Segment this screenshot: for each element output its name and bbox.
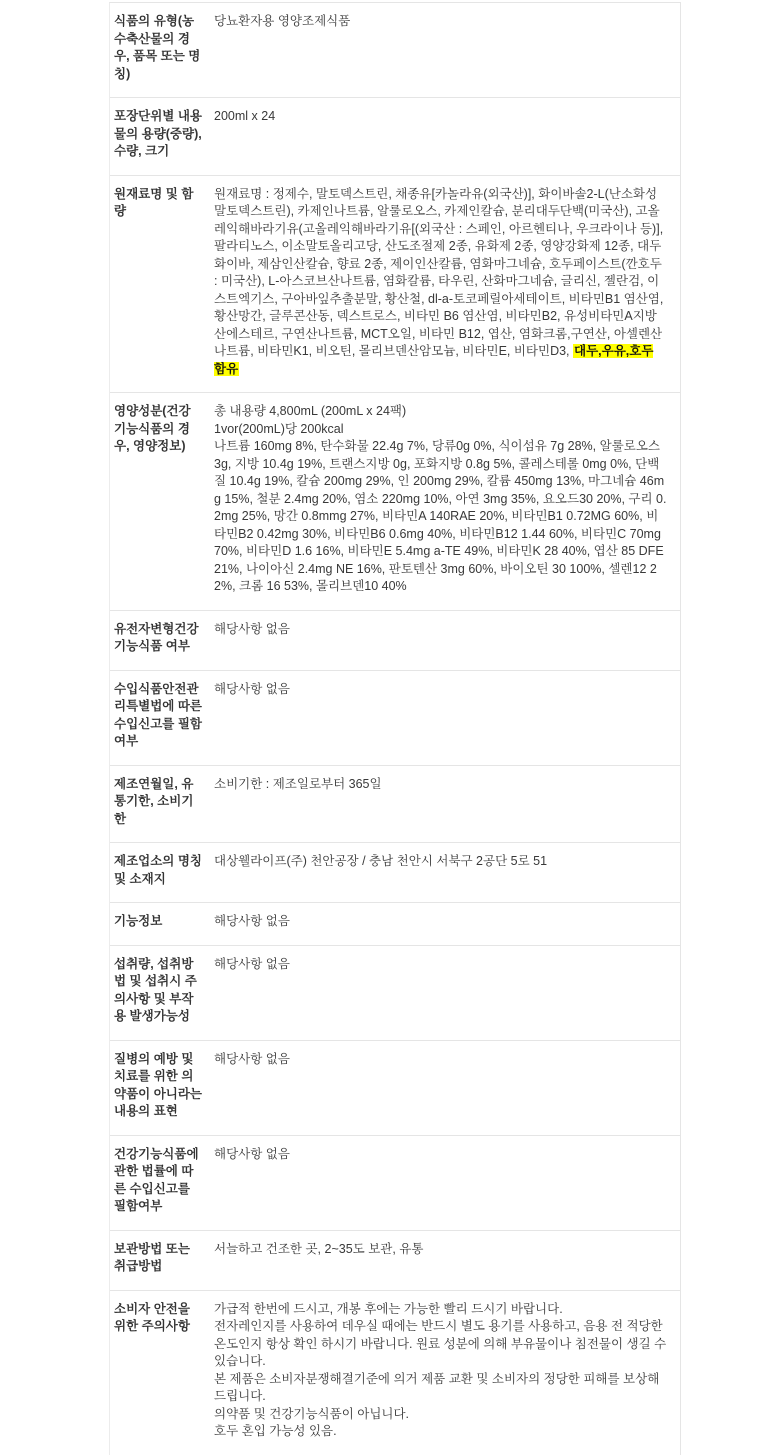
row-value: 서늘하고 건조한 곳, 2~35도 보관, 유통 <box>214 1241 680 1259</box>
row-label: 기능정보 <box>110 913 214 931</box>
row-label: 질병의 예방 및 치료를 위한 의약품이 아니라는 내용의 표현 <box>110 1051 214 1121</box>
row-value-line: 가급적 한번에 드시고, 개봉 후에는 가능한 빨리 드시기 바랍니다. <box>214 1301 668 1319</box>
table-row: 포장단위별 내용물의 용량(중량), 수량, 크기200ml x 24 <box>110 98 680 176</box>
row-value: 해당사항 없음 <box>214 681 680 699</box>
row-value-line: 대상웰라이프(주) 천안공장 / 충남 천안시 서북구 2공단 5로 51 <box>214 853 668 871</box>
table-row: 제조업소의 명칭 및 소재지대상웰라이프(주) 천안공장 / 충남 천안시 서북… <box>110 843 680 903</box>
table-row: 보관방법 또는 취급방법서늘하고 건조한 곳, 2~35도 보관, 유통 <box>110 1231 680 1291</box>
row-label: 수입식품안전관리특별법에 따른 수입신고를 필함 여부 <box>110 681 214 751</box>
row-label: 영양성분(건강기능식품의 경우, 영양정보) <box>110 403 214 456</box>
table-row: 섭취량, 섭취방법 및 섭취시 주의사항 및 부작용 발생가능성해당사항 없음 <box>110 946 680 1041</box>
table-row: 유전자변형건강기능식품 여부해당사항 없음 <box>110 611 680 671</box>
table-row: 질병의 예방 및 치료를 위한 의약품이 아니라는 내용의 표현해당사항 없음 <box>110 1041 680 1136</box>
table-row: 제조연월일, 유통기한, 소비기한소비기한 : 제조일로부터 365일 <box>110 766 680 844</box>
row-label: 건강기능식품에 관한 법률에 따른 수입신고를 필함여부 <box>110 1146 214 1216</box>
row-value: 해당사항 없음 <box>214 956 680 974</box>
row-value: 소비기한 : 제조일로부터 365일 <box>214 776 680 794</box>
row-value: 해당사항 없음 <box>214 621 680 639</box>
product-info-page: 식품의 유형(농수축산물의 경우, 품목 또는 명칭)당뇨환자용 영양조제식품포… <box>0 2 780 1455</box>
row-value: 원재료명 : 정제수, 말토덱스트린, 채종유[카놀라유(외국산)], 화이바솔… <box>214 186 680 379</box>
row-label: 소비자 안전을 위한 주의사항 <box>110 1301 214 1336</box>
row-value-line: 1vor(200mL)당 200kcal <box>214 421 668 439</box>
row-label: 식품의 유형(농수축산물의 경우, 품목 또는 명칭) <box>110 13 214 83</box>
row-value-line: 전자레인지를 사용하여 데우실 때에는 반드시 별도 용기를 사용하고, 음용 … <box>214 1318 668 1371</box>
table-row: 수입식품안전관리특별법에 따른 수입신고를 필함 여부해당사항 없음 <box>110 671 680 766</box>
row-value: 당뇨환자용 영양조제식품 <box>214 13 680 31</box>
table-row: 소비자 안전을 위한 주의사항가급적 한번에 드시고, 개봉 후에는 가능한 빨… <box>110 1291 680 1455</box>
row-value-line: 소비기한 : 제조일로부터 365일 <box>214 776 668 794</box>
row-value: 해당사항 없음 <box>214 1146 680 1164</box>
row-value-line: 해당사항 없음 <box>214 681 668 699</box>
row-value-line: 해당사항 없음 <box>214 1146 668 1164</box>
row-label: 원재료명 및 함량 <box>110 186 214 221</box>
row-value: 총 내용량 4,800mL (200mL x 24팩)1vor(200mL)당 … <box>214 403 680 596</box>
row-value-line: 해당사항 없음 <box>214 956 668 974</box>
row-value-line: 원재료명 : 정제수, 말토덱스트린, 채종유[카놀라유(외국산)], 화이바솔… <box>214 186 668 379</box>
row-label: 유전자변형건강기능식품 여부 <box>110 621 214 656</box>
product-info-table: 식품의 유형(농수축산물의 경우, 품목 또는 명칭)당뇨환자용 영양조제식품포… <box>109 2 681 1455</box>
row-label: 섭취량, 섭취방법 및 섭취시 주의사항 및 부작용 발생가능성 <box>110 956 214 1026</box>
row-value-line: 의약품 및 건강기능식품이 아닙니다. <box>214 1406 668 1424</box>
row-value-line: 해당사항 없음 <box>214 1051 668 1069</box>
row-value-line: 200ml x 24 <box>214 108 668 126</box>
row-value-line: 서늘하고 건조한 곳, 2~35도 보관, 유통 <box>214 1241 668 1259</box>
row-value-line: 해당사항 없음 <box>214 621 668 639</box>
row-value-line: 총 내용량 4,800mL (200mL x 24팩) <box>214 403 668 421</box>
row-value: 200ml x 24 <box>214 108 680 126</box>
row-label: 제조연월일, 유통기한, 소비기한 <box>110 776 214 829</box>
row-value: 해당사항 없음 <box>214 1051 680 1069</box>
row-label: 포장단위별 내용물의 용량(중량), 수량, 크기 <box>110 108 214 161</box>
row-value-line: 나트륨 160mg 8%, 탄수화물 22.4g 7%, 당류0g 0%, 식이… <box>214 438 668 596</box>
row-value-line: 당뇨환자용 영양조제식품 <box>214 13 668 31</box>
table-row: 건강기능식품에 관한 법률에 따른 수입신고를 필함여부해당사항 없음 <box>110 1136 680 1231</box>
row-value-line: 해당사항 없음 <box>214 913 668 931</box>
row-label: 제조업소의 명칭 및 소재지 <box>110 853 214 888</box>
table-row: 원재료명 및 함량원재료명 : 정제수, 말토덱스트린, 채종유[카놀라유(외국… <box>110 176 680 394</box>
row-value: 대상웰라이프(주) 천안공장 / 충남 천안시 서북구 2공단 5로 51 <box>214 853 680 871</box>
row-value-line: 호두 혼입 가능성 있음. <box>214 1423 668 1441</box>
table-row: 식품의 유형(농수축산물의 경우, 품목 또는 명칭)당뇨환자용 영양조제식품 <box>110 3 680 98</box>
row-value: 해당사항 없음 <box>214 913 680 931</box>
allergen-highlight: 대두,우유,호두 함유 <box>214 344 653 376</box>
row-value: 가급적 한번에 드시고, 개봉 후에는 가능한 빨리 드시기 바랍니다.전자레인… <box>214 1301 680 1441</box>
row-value-line: 본 제품은 소비자분쟁해결기준에 의거 제품 교환 및 소비자의 정당한 피해를… <box>214 1371 668 1406</box>
table-row: 기능정보해당사항 없음 <box>110 903 680 946</box>
row-label: 보관방법 또는 취급방법 <box>110 1241 214 1276</box>
table-row: 영양성분(건강기능식품의 경우, 영양정보)총 내용량 4,800mL (200… <box>110 393 680 611</box>
